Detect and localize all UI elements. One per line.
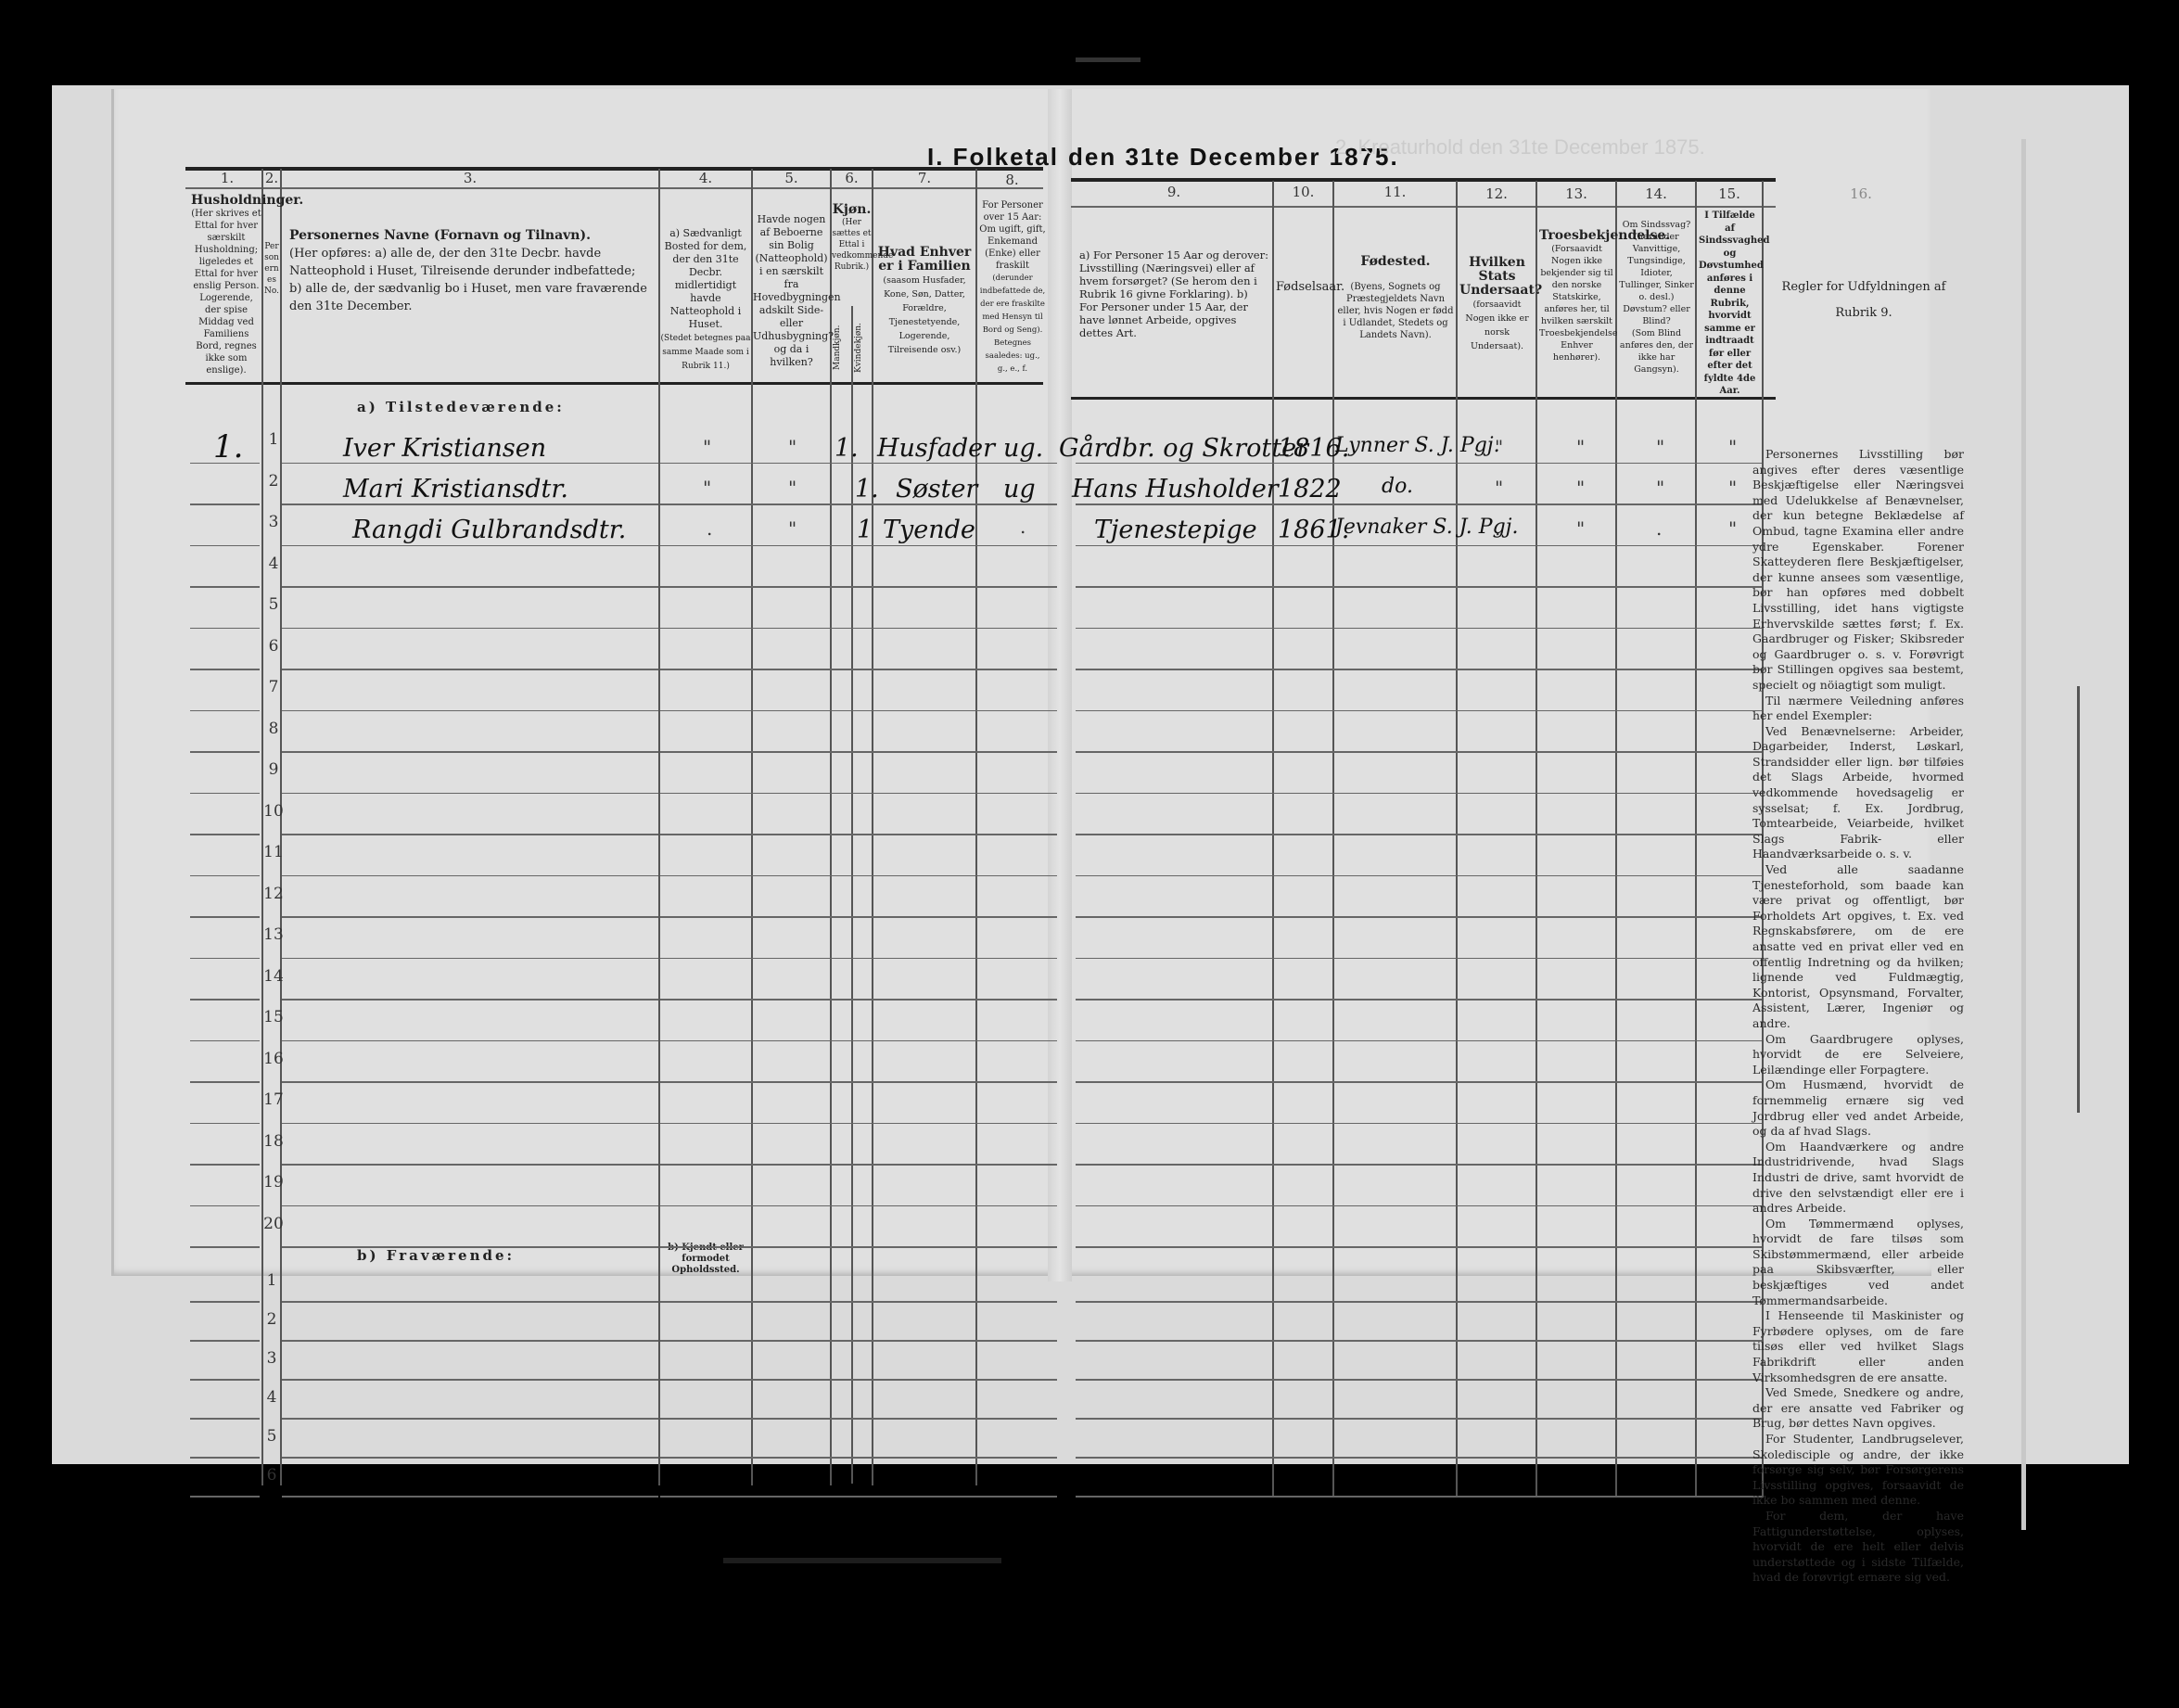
absent-row-number: 4 [258,1388,286,1407]
col-header-15: I Tilfælde af Sindssvaghed og Døvstumhed… [1699,210,1761,398]
row-line [282,1205,658,1207]
row-number: 16 [260,1050,287,1068]
row-line [660,1246,1057,1248]
outbuilding: " [788,477,796,499]
birthplace: Jevnaker S. J. Pgj. [1335,516,1518,539]
absent-row-number: 3 [258,1349,286,1368]
birthplace: do. [1382,475,1413,498]
row-line [660,875,1057,877]
disability: " [1656,477,1664,499]
row-number: 19 [260,1173,287,1192]
sex-female: 1. [855,475,879,503]
col-header-1: Husholdninger.(Her skrives et Ettal for … [191,195,261,376]
civil-status: ug [1003,475,1036,503]
row-line [660,503,1057,505]
row-line [282,710,658,712]
row-number: 2 [260,472,287,491]
row-number: 18 [260,1132,287,1151]
row-line [660,628,1057,630]
citizenship: . [1495,517,1500,540]
col-divider [1615,181,1617,1498]
col-number-7: 7. [873,170,975,186]
row-line [1076,751,1762,753]
row-line [190,1081,260,1083]
row-line [282,958,658,960]
rule-paragraph: Om Husmænd, hvorvidt de fornemmelig ernæ… [1752,1077,1964,1139]
row-line [1076,586,1762,588]
row-line [190,710,260,712]
civil-status: ug. [1003,434,1043,463]
row-line [1076,1496,1762,1498]
row-line [660,1205,1057,1207]
row-line [282,1081,658,1083]
row-line [282,751,658,753]
row-line [660,1081,1057,1083]
col-number-15: 15. [1697,185,1762,202]
family-role: Husfader [877,434,995,463]
religion: " [1576,477,1585,499]
row-line [660,751,1057,753]
col-header-6: Kjøn.(Her sættes et Ettal i vedkommende … [832,204,872,273]
disability: " [1656,436,1664,458]
birth-year: 1822 [1278,475,1342,503]
col-number-16: 16. [1764,185,1958,202]
outbuilding: " [788,436,796,458]
row-line [190,503,260,505]
row-line [660,1457,1057,1459]
outbuilding: " [788,517,796,540]
sex-female: 1 [857,516,873,544]
row-line [190,1164,260,1166]
row-line [282,669,658,670]
row-line [1076,1418,1762,1420]
rule-paragraph: For Studenter, Landbrugselever, Skoledis… [1752,1432,1964,1509]
col-header-5: Havde nogen af Beboerne sin Bolig (Natte… [753,213,830,369]
row-line [1076,1081,1762,1083]
row-line [282,1164,658,1166]
row-line [190,1418,260,1420]
citizenship: " [1495,477,1503,499]
row-number: 8 [260,720,287,738]
row-number: 1 [260,430,287,449]
rule-paragraph: Ved Benævnelserne: Arbeider, Dagarbeider… [1752,724,1964,862]
row-line [190,958,260,960]
row-line [660,1301,1057,1303]
row-line [1076,1123,1762,1125]
rule-paragraph: Til nærmere Veiledning anføres her endel… [1752,694,1964,724]
row-number: 20 [260,1215,287,1233]
row-line [282,999,658,1001]
row-line [190,916,260,918]
row-line [282,586,658,588]
row-line [282,1457,658,1459]
row-line [1076,669,1762,670]
binding-thread [2077,686,2080,1113]
row-line [1076,710,1762,712]
binding-mark-bottom [723,1558,1001,1563]
row-line [190,834,260,835]
row-line [1076,1301,1762,1303]
row-line [660,1340,1057,1342]
sex-male: 1. [835,434,859,463]
col-number-1: 1. [195,170,260,186]
row-line [282,1340,658,1342]
col-header-8: For Personer over 15 Aar: Om ugift, gift… [979,199,1046,376]
religion: " [1576,517,1585,540]
col-number-6: 6. [832,170,872,186]
row-line [1076,1205,1762,1207]
absent-row-number: 2 [258,1310,286,1329]
row-line [660,669,1057,670]
row-line [1076,545,1762,547]
col-number-5: 5. [753,170,830,186]
rubrik-16-rules: Personernes Livsstilling bør angives eft… [1752,447,1964,1586]
header-num-rule [185,187,1043,189]
rule-paragraph: I Henseende til Maskinister og Fyrbødere… [1752,1308,1964,1385]
col-number-13: 13. [1537,185,1615,202]
col-header-3: Personernes Navne (Fornavn og Tilnavn).(… [289,227,651,315]
row-line [190,751,260,753]
col-header-12: Hvilken Stats Undersaat?(forsaavidt Noge… [1459,256,1535,353]
col-header-6-male: Mandkjøn. [831,315,851,380]
absent-row-number: 6 [258,1466,286,1485]
col-header-6-female: Kvindekjøn. [852,315,873,380]
col-number-3: 3. [282,170,658,186]
row-line [660,1379,1057,1381]
col-number-4: 4. [660,170,751,186]
row-line [190,1123,260,1125]
row-line [190,1457,260,1459]
row-line [190,999,260,1001]
row-line [1076,834,1762,835]
row-line [1076,503,1762,505]
row-line [282,1496,658,1498]
row-line [190,586,260,588]
header-bottom-rule-right [1071,397,1776,400]
usual-residence: " [703,477,711,499]
col-divider [1535,181,1537,1498]
usual-residence: " [703,436,711,458]
section-present-label: a) Tilstedeværende: [357,399,565,415]
rule-paragraph: For dem, der have Fattigunderstøttelse, … [1752,1509,1964,1586]
row-line [190,793,260,795]
onset: " [1728,436,1737,458]
row-line [282,1123,658,1125]
rule-paragraph: Om Tømmermænd oplyses, hvorvidt de fare … [1752,1217,1964,1309]
row-line [660,1123,1057,1125]
row-line [282,628,658,630]
col-divider [975,169,977,1485]
header-num-rule-right [1071,206,1776,208]
col-divider [1695,181,1697,1498]
page-edge [2021,139,2026,1530]
occupation: Tjenestepige [1094,516,1257,544]
onset: " [1728,517,1737,540]
row-line [660,834,1057,835]
family-role: Søster [896,475,977,503]
row-line [190,1205,260,1207]
row-line [660,1164,1057,1166]
row-line [1076,628,1762,630]
row-line [1076,1164,1762,1166]
rule-paragraph: Om Haandværkere og andre Industridrivend… [1752,1140,1964,1217]
row-line [660,545,1057,547]
civil-status: . [1020,516,1026,538]
row-line [1076,1457,1762,1459]
section-absent-label: b) Fraværende: [357,1247,515,1264]
row-number: 14 [260,967,287,986]
row-line [282,875,658,877]
row-line [1076,999,1762,1001]
row-line [190,1040,260,1042]
row-number: 12 [260,885,287,903]
col-divider [851,306,853,1484]
row-line [190,1340,260,1342]
rule-paragraph: Om Gaardbrugere oplyses, hvorvidt de ere… [1752,1032,1964,1078]
row-line [282,1379,658,1381]
binding-mark-top [1076,57,1140,62]
row-line [282,1418,658,1420]
header-bottom-rule [185,382,1043,385]
row-line [190,545,260,547]
col-number-14: 14. [1617,185,1695,202]
rule-paragraph: Ved alle saadanne Tjenesteforhold, som b… [1752,862,1964,1032]
col-header-16: Regler for Udfyldningen af Rubrik 9. [1771,274,1956,326]
row-line [660,958,1057,960]
col-header-7: Hvad Enhver er i Familien(saasom Husfade… [875,246,974,357]
person-name: Mari Kristiansdtr. [343,475,568,503]
absent-row-number: 1 [258,1271,286,1290]
person-name: Iver Kristiansen [343,434,546,463]
row-line [282,834,658,835]
row-line [282,545,658,547]
row-number: 4 [260,554,287,573]
row-line [1076,916,1762,918]
row-line [1076,1246,1762,1248]
row-number: 3 [260,513,287,531]
rule-paragraph: Personernes Livsstilling bør angives eft… [1752,447,1964,694]
row-line [1076,1340,1762,1342]
birthplace: Lynner S. J. Pgj. [1335,434,1500,457]
religion: " [1576,436,1585,458]
col-header-10: Fødselsaar. [1276,278,1332,297]
col-number-9: 9. [1076,184,1272,200]
col-number-2: 2. [263,170,280,186]
row-number: 10 [260,802,287,821]
col-number-10: 10. [1274,184,1332,200]
row-line [282,793,658,795]
row-line [660,1040,1057,1042]
row-line [660,586,1057,588]
row-line [660,793,1057,795]
row-line [190,875,260,877]
col-number-8: 8. [977,172,1047,188]
row-line [1076,793,1762,795]
row-line [660,999,1057,1001]
col-header-9: a) For Personer 15 Aar og derover: Livss… [1079,249,1269,339]
col-number-11: 11. [1334,184,1456,200]
row-line [282,916,658,918]
row-line [190,1379,260,1381]
col-header-11: Fødested.(Byens, Sognets og Præstegjelde… [1336,256,1455,341]
row-number: 17 [260,1090,287,1109]
row-number: 6 [260,637,287,656]
faint-bleedthrough-title: 2. Kreaturhold den 31te December 1875. [1335,135,1705,159]
row-line [1076,1040,1762,1042]
family-role: Tyende [883,516,975,544]
row-line [1076,875,1762,877]
center-fold [1048,89,1072,1281]
row-number: 5 [260,595,287,614]
col-header-2: Personernes No. [263,241,280,297]
household-marker: 1. [213,428,243,465]
row-line [190,628,260,630]
absent-row-number: 5 [258,1427,286,1446]
row-line [1076,958,1762,960]
row-line [190,1496,260,1498]
row-number: 13 [260,925,287,944]
header-top-rule-right [1071,178,1776,182]
row-line [282,503,658,505]
row-line [660,916,1057,918]
row-number: 15 [260,1008,287,1026]
row-line [660,710,1057,712]
row-line [282,1040,658,1042]
col-number-12: 12. [1458,185,1535,202]
col-divider [1272,181,1274,1498]
col-header-4: a) Sædvanligt Bosted for dem, der den 31… [660,227,751,373]
rule-paragraph: Ved Smede, Snedkere og andre, der ere an… [1752,1385,1964,1432]
row-line [190,1246,260,1248]
row-line [660,1418,1057,1420]
row-line [190,669,260,670]
row-line [660,463,1057,465]
occupation: Gårdbr. og Skrotter [1059,434,1308,463]
disability: . [1656,517,1662,540]
row-number: 9 [260,760,287,779]
citizenship: " [1495,436,1503,458]
row-line [282,1301,658,1303]
onset: " [1728,477,1737,499]
row-number: 11 [260,843,287,861]
row-number: 7 [260,678,287,696]
col-header-13: Troesbekjendelse.(Forsaavidt Nogen ikke … [1539,230,1614,363]
row-line [282,1246,658,1248]
col-divider [1456,181,1458,1498]
row-line [1076,1379,1762,1381]
person-name: Rangdi Gulbrandsdtr. [352,516,626,544]
occupation: Hans Husholder [1072,475,1279,503]
row-line [190,1301,260,1303]
col-divider [1332,181,1334,1498]
row-line [660,1496,1057,1498]
usual-residence: . [707,517,712,540]
col-header-14: Om Sindssvag? (herunder Vanvittige, Tung… [1619,219,1694,376]
